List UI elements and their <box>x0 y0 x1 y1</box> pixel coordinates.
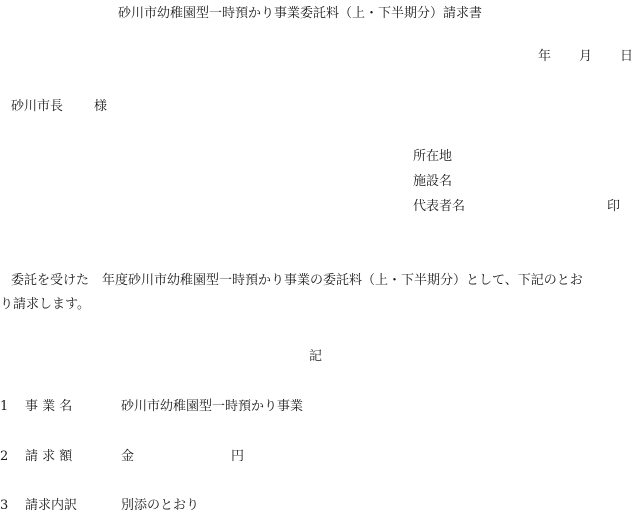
item-suffix: 円 <box>231 450 244 463</box>
body-text-line1: 委託を受けた 年度砂川市幼稚園型一時預かり事業の委託料（上・下半期分）として、下… <box>11 274 583 287</box>
seal-label: 印 <box>607 200 620 213</box>
body-text-line2: り請求します。 <box>0 298 90 311</box>
facility-label: 施設名 <box>413 175 452 188</box>
item-number: 1 <box>0 400 8 413</box>
item-value: 金 <box>121 450 134 463</box>
item-value: 別添のとおり <box>121 499 199 512</box>
item-label: 事 業 名 <box>25 400 72 413</box>
addressee-name: 砂川市長 <box>11 100 63 113</box>
date-month-label: 月 <box>579 50 592 63</box>
ki-heading: 記 <box>309 350 322 363</box>
representative-label: 代表者名 <box>413 200 465 213</box>
document-title: 砂川市幼稚園型一時預かり事業委託料（上・下半期分）請求書 <box>118 7 482 20</box>
address-label: 所在地 <box>413 150 452 163</box>
item-number: 3 <box>0 499 8 512</box>
date-year-label: 年 <box>538 50 551 63</box>
addressee-honorific: 様 <box>94 100 107 113</box>
item-number: 2 <box>0 450 8 463</box>
item-label: 請求内訳 <box>25 499 77 512</box>
date-day-label: 日 <box>620 50 633 63</box>
item-label: 請 求 額 <box>25 450 72 463</box>
item-value: 砂川市幼稚園型一時預かり事業 <box>121 400 303 413</box>
